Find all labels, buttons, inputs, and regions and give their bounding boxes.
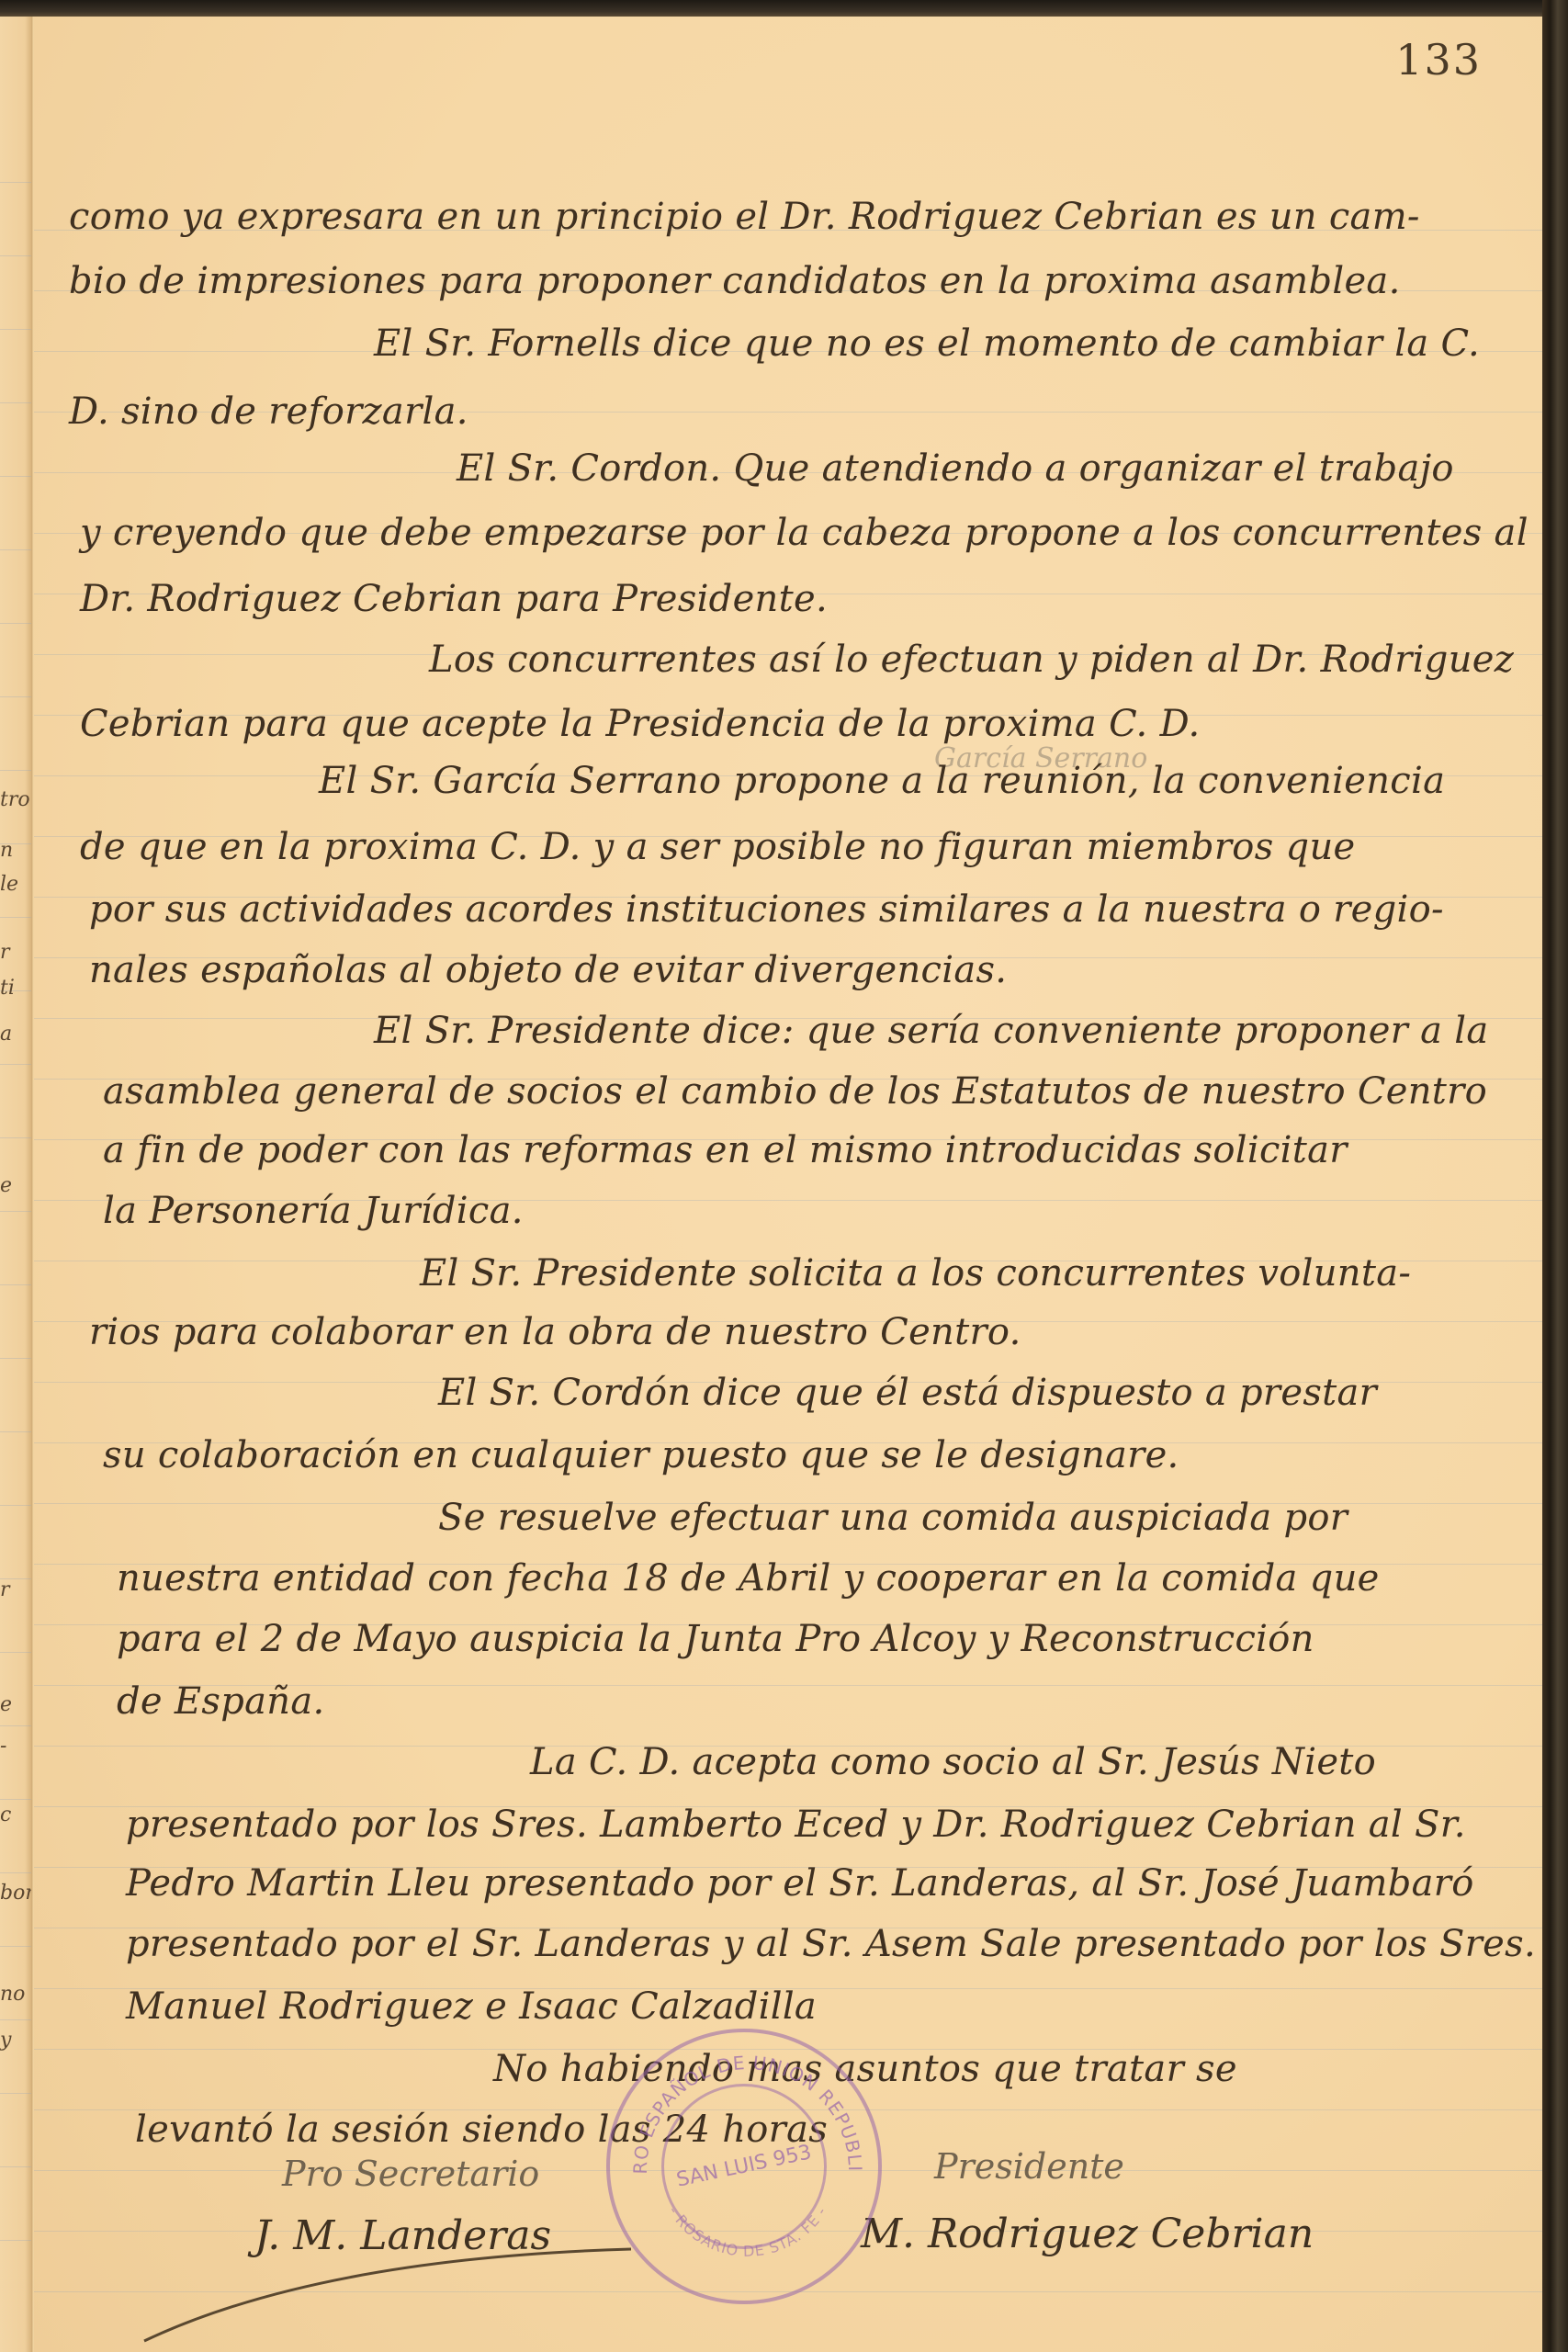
handwritten-line: Dr. Rodriguez Cebrian para Presidente. <box>80 581 828 617</box>
adjacent-page-fragment: r <box>0 1578 10 1601</box>
adjacent-page-fragment: a <box>0 1023 12 1046</box>
adjacent-page-fragment: e <box>0 1174 12 1197</box>
handwritten-line: de que en la proxima C. D. y a ser posib… <box>80 829 1355 865</box>
handwritten-line: D. sino de reforzarla. <box>69 393 468 430</box>
handwritten-line: El Sr. Cordon. Que atendiendo a organiza… <box>457 450 1454 487</box>
handwritten-line: y creyendo que debe empezarse por la cab… <box>80 514 1529 551</box>
handwritten-line: presentado por el Sr. Landeras y al Sr. … <box>126 1926 1536 1962</box>
handwritten-line: de España. <box>117 1683 325 1720</box>
handwritten-line: El Sr. Fornells dice que no es el moment… <box>374 325 1480 362</box>
handwritten-line: presentado por los Sres. Lamberto Eced y… <box>126 1806 1466 1843</box>
handwritten-line: Manuel Rodriguez e Isaac Calzadilla <box>126 1988 817 2025</box>
adjacent-page-fragment: c <box>0 1804 11 1826</box>
handwritten-line: El Sr. García Serrano propone a la reuni… <box>319 763 1445 799</box>
handwritten-line: por sus actividades acordes institucione… <box>89 891 1444 928</box>
adjacent-page-fragment: no <box>0 1983 25 2006</box>
right-binding-edge <box>1542 0 1568 2352</box>
president-signature: M. Rodriguez Cebrian <box>861 2211 1314 2257</box>
handwritten-line: asamblea general de socios el cambio de … <box>103 1073 1487 1110</box>
handwritten-line: La C. D. acepta como socio al Sr. Jesús … <box>530 1744 1376 1781</box>
adjacent-page-fragment: - <box>0 1735 6 1758</box>
adjacent-page-fragment: r <box>0 941 10 964</box>
handwritten-line: bio de impresiones para proponer candida… <box>69 263 1401 300</box>
handwritten-line: la Personería Jurídica. <box>103 1193 524 1229</box>
handwritten-line: nuestra entidad con fecha 18 de Abril y … <box>117 1560 1380 1597</box>
handwritten-line: Cebrian para que acepte la Presidencia d… <box>80 706 1201 742</box>
handwritten-line: nales españolas al objeto de evitar dive… <box>89 952 1007 989</box>
ledger-page: 133 como ya expresara en un principio el… <box>34 17 1542 2352</box>
adjacent-page-fragment: n <box>0 839 13 862</box>
handwritten-line: a fin de poder con las reformas en el mi… <box>103 1132 1348 1169</box>
organization-stamp: CENTRO ESPAÑOL DE UNION REPUBLICANA - RO… <box>606 2029 882 2304</box>
handwritten-line: Pedro Martin Lleu presentado por el Sr. … <box>126 1865 1474 1902</box>
handwritten-line: El Sr. Presidente dice: que sería conven… <box>374 1012 1489 1049</box>
adjacent-page-fragment: le <box>0 873 18 896</box>
secretary-signature-flourish <box>135 2222 649 2350</box>
handwritten-line: El Sr. Presidente solicita a los concurr… <box>420 1255 1411 1292</box>
page-number: 133 <box>1395 35 1482 85</box>
adjacent-page-fragment: e <box>0 1693 12 1716</box>
handwritten-line: Se resuelve efectuar una comida auspicia… <box>438 1499 1348 1536</box>
adjacent-page-sliver: tro n le r ti a e r e - c bon no y <box>0 17 31 2352</box>
adjacent-page-fragment: ti <box>0 977 15 1000</box>
handwritten-line: rios para colaborar en la obra de nuestr… <box>89 1314 1021 1351</box>
adjacent-page-fragment: bon <box>0 1882 31 1905</box>
handwritten-line: para el 2 de Mayo auspicia la Junta Pro … <box>117 1621 1314 1657</box>
handwritten-line: su colaboración en cualquier puesto que … <box>103 1437 1179 1474</box>
top-binding-edge <box>0 0 1568 17</box>
handwritten-line: como ya expresara en un principio el Dr.… <box>69 198 1420 235</box>
handwritten-line: El Sr. Cordón dice que él está dispuesto… <box>438 1374 1377 1411</box>
adjacent-page-fragment: y <box>0 2029 11 2052</box>
pro-secretario-label: Pro Secretario <box>282 2154 539 2194</box>
presidente-label: Presidente <box>934 2146 1124 2187</box>
adjacent-page-fragment: tro <box>0 788 30 811</box>
handwritten-line: Los concurrentes así lo efectuan y piden… <box>429 641 1514 678</box>
